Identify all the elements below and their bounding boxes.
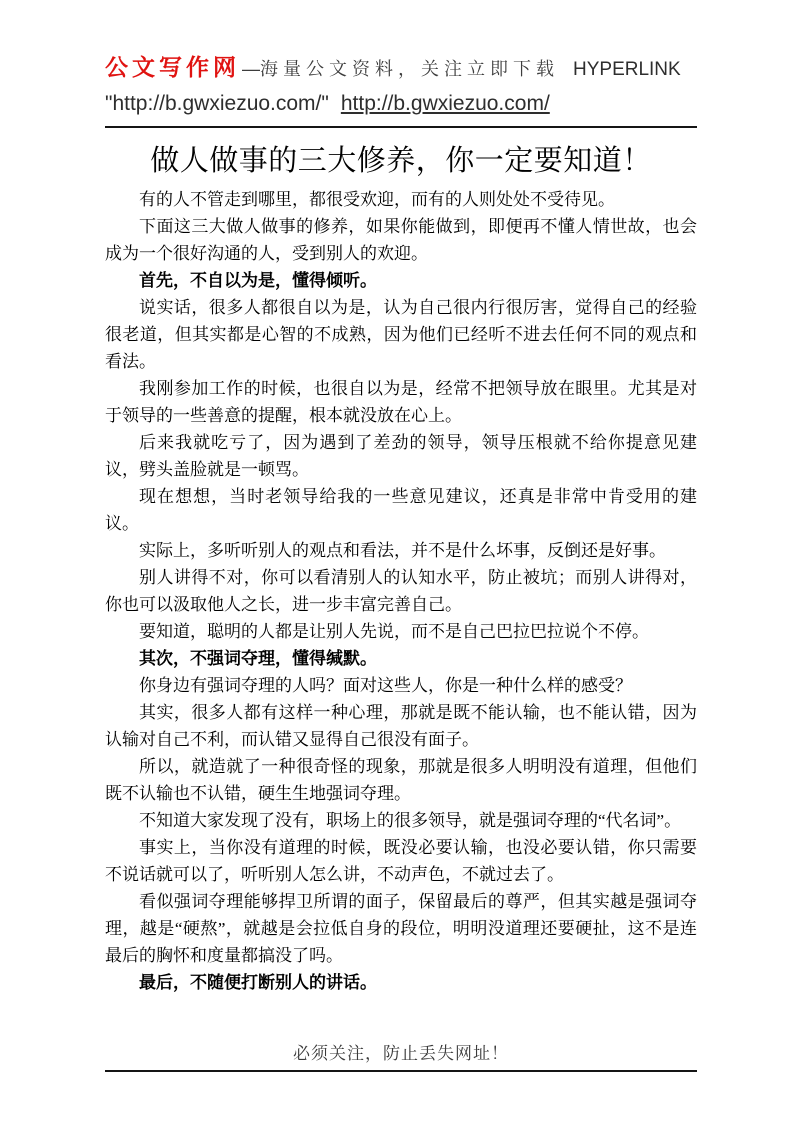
section-heading: 最后，不随便打断别人的讲话。 <box>105 969 697 996</box>
page-content: 公文写作网—海量公文资料，关注立即下载HYPERLINK "http://b.g… <box>0 0 793 996</box>
body-paragraph: 说实话，很多人都很自以为是，认为自己很内行很厉害，觉得自己的经验很老道，但其实都… <box>105 294 697 375</box>
body-paragraph: 你身边有强词夺理的人吗？面对这些人，你是一种什么样的感受？ <box>105 672 697 699</box>
header-brand-line: 公文写作网—海量公文资料，关注立即下载HYPERLINK <box>105 52 697 82</box>
article-title: 做人做事的三大修养，你一定要知道！ <box>105 142 697 180</box>
body-paragraph: 别人讲得不对，你可以看清别人的认知水平，防止被坑；而别人讲得对，你也可以汲取他人… <box>105 564 697 618</box>
doc-header: 公文写作网—海量公文资料，关注立即下载HYPERLINK "http://b.g… <box>105 0 697 128</box>
site-logo-text: 公文写作网 <box>105 54 240 80</box>
document-page: 公文写作网—海量公文资料，关注立即下载HYPERLINK "http://b.g… <box>0 0 793 1121</box>
header-tagline: 海量公文资料，关注立即下载 <box>260 59 559 79</box>
body-paragraph: 事实上，当你没有道理的时候，既没必要认输，也没必要认错，你只需要不说话就可以了，… <box>105 834 697 888</box>
header-url-line: "http://b.gwxiezuo.com/"http://b.gwxiezu… <box>105 90 697 118</box>
body-paragraph: 所以，就造就了一种很奇怪的现象，那就是很多人明明没有道理，但他们既不认输也不认错… <box>105 753 697 807</box>
brand-dash: — <box>242 59 260 79</box>
body-paragraph: 要知道，聪明的人都是让别人先说，而不是自己巴拉巴拉说个不停。 <box>105 618 697 645</box>
body-paragraph: 有的人不管走到哪里，都很受欢迎，而有的人则处处不受待见。 <box>105 186 697 213</box>
hyperlink-field-label: HYPERLINK <box>573 59 681 80</box>
footer-note: 必须关注，防止丢失网址！ <box>105 1039 697 1064</box>
section-heading: 其次，不强词夺理，懂得缄默。 <box>105 645 697 672</box>
body-paragraph: 下面这三大做人做事的修养，如果你能做到，即便再不懂人情世故，也会成为一个很好沟通… <box>105 213 697 267</box>
body-paragraph: 后来我就吃亏了，因为遇到了差劲的领导，领导压根就不给你提意见建议，劈头盖脸就是一… <box>105 429 697 483</box>
site-url-link[interactable]: http://b.gwxiezuo.com/ <box>341 92 550 115</box>
site-url-quoted: "http://b.gwxiezuo.com/" <box>105 92 329 115</box>
body-paragraph: 看似强词夺理能够捍卫所谓的面子，保留最后的尊严，但其实越是强词夺理，越是“硬熬”… <box>105 888 697 969</box>
body-paragraph: 实际上，多听听别人的观点和看法，并不是什么坏事，反倒还是好事。 <box>105 537 697 564</box>
body-paragraph: 我刚参加工作的时候，也很自以为是，经常不把领导放在眼里。尤其是对于领导的一些善意… <box>105 375 697 429</box>
article-body: 有的人不管走到哪里，都很受欢迎，而有的人则处处不受待见。下面这三大做人做事的修养… <box>105 186 697 996</box>
body-paragraph: 不知道大家发现了没有，职场上的很多领导，就是强词夺理的“代名词”。 <box>105 807 697 834</box>
doc-footer: 必须关注，防止丢失网址！ <box>105 1039 697 1072</box>
body-paragraph: 其实，很多人都有这样一种心理，那就是既不能认输，也不能认错，因为认输对自己不利，… <box>105 699 697 753</box>
body-paragraph: 现在想想，当时老领导给我的一些意见建议，还真是非常中肯受用的建议。 <box>105 483 697 537</box>
section-heading: 首先，不自以为是，懂得倾听。 <box>105 267 697 294</box>
